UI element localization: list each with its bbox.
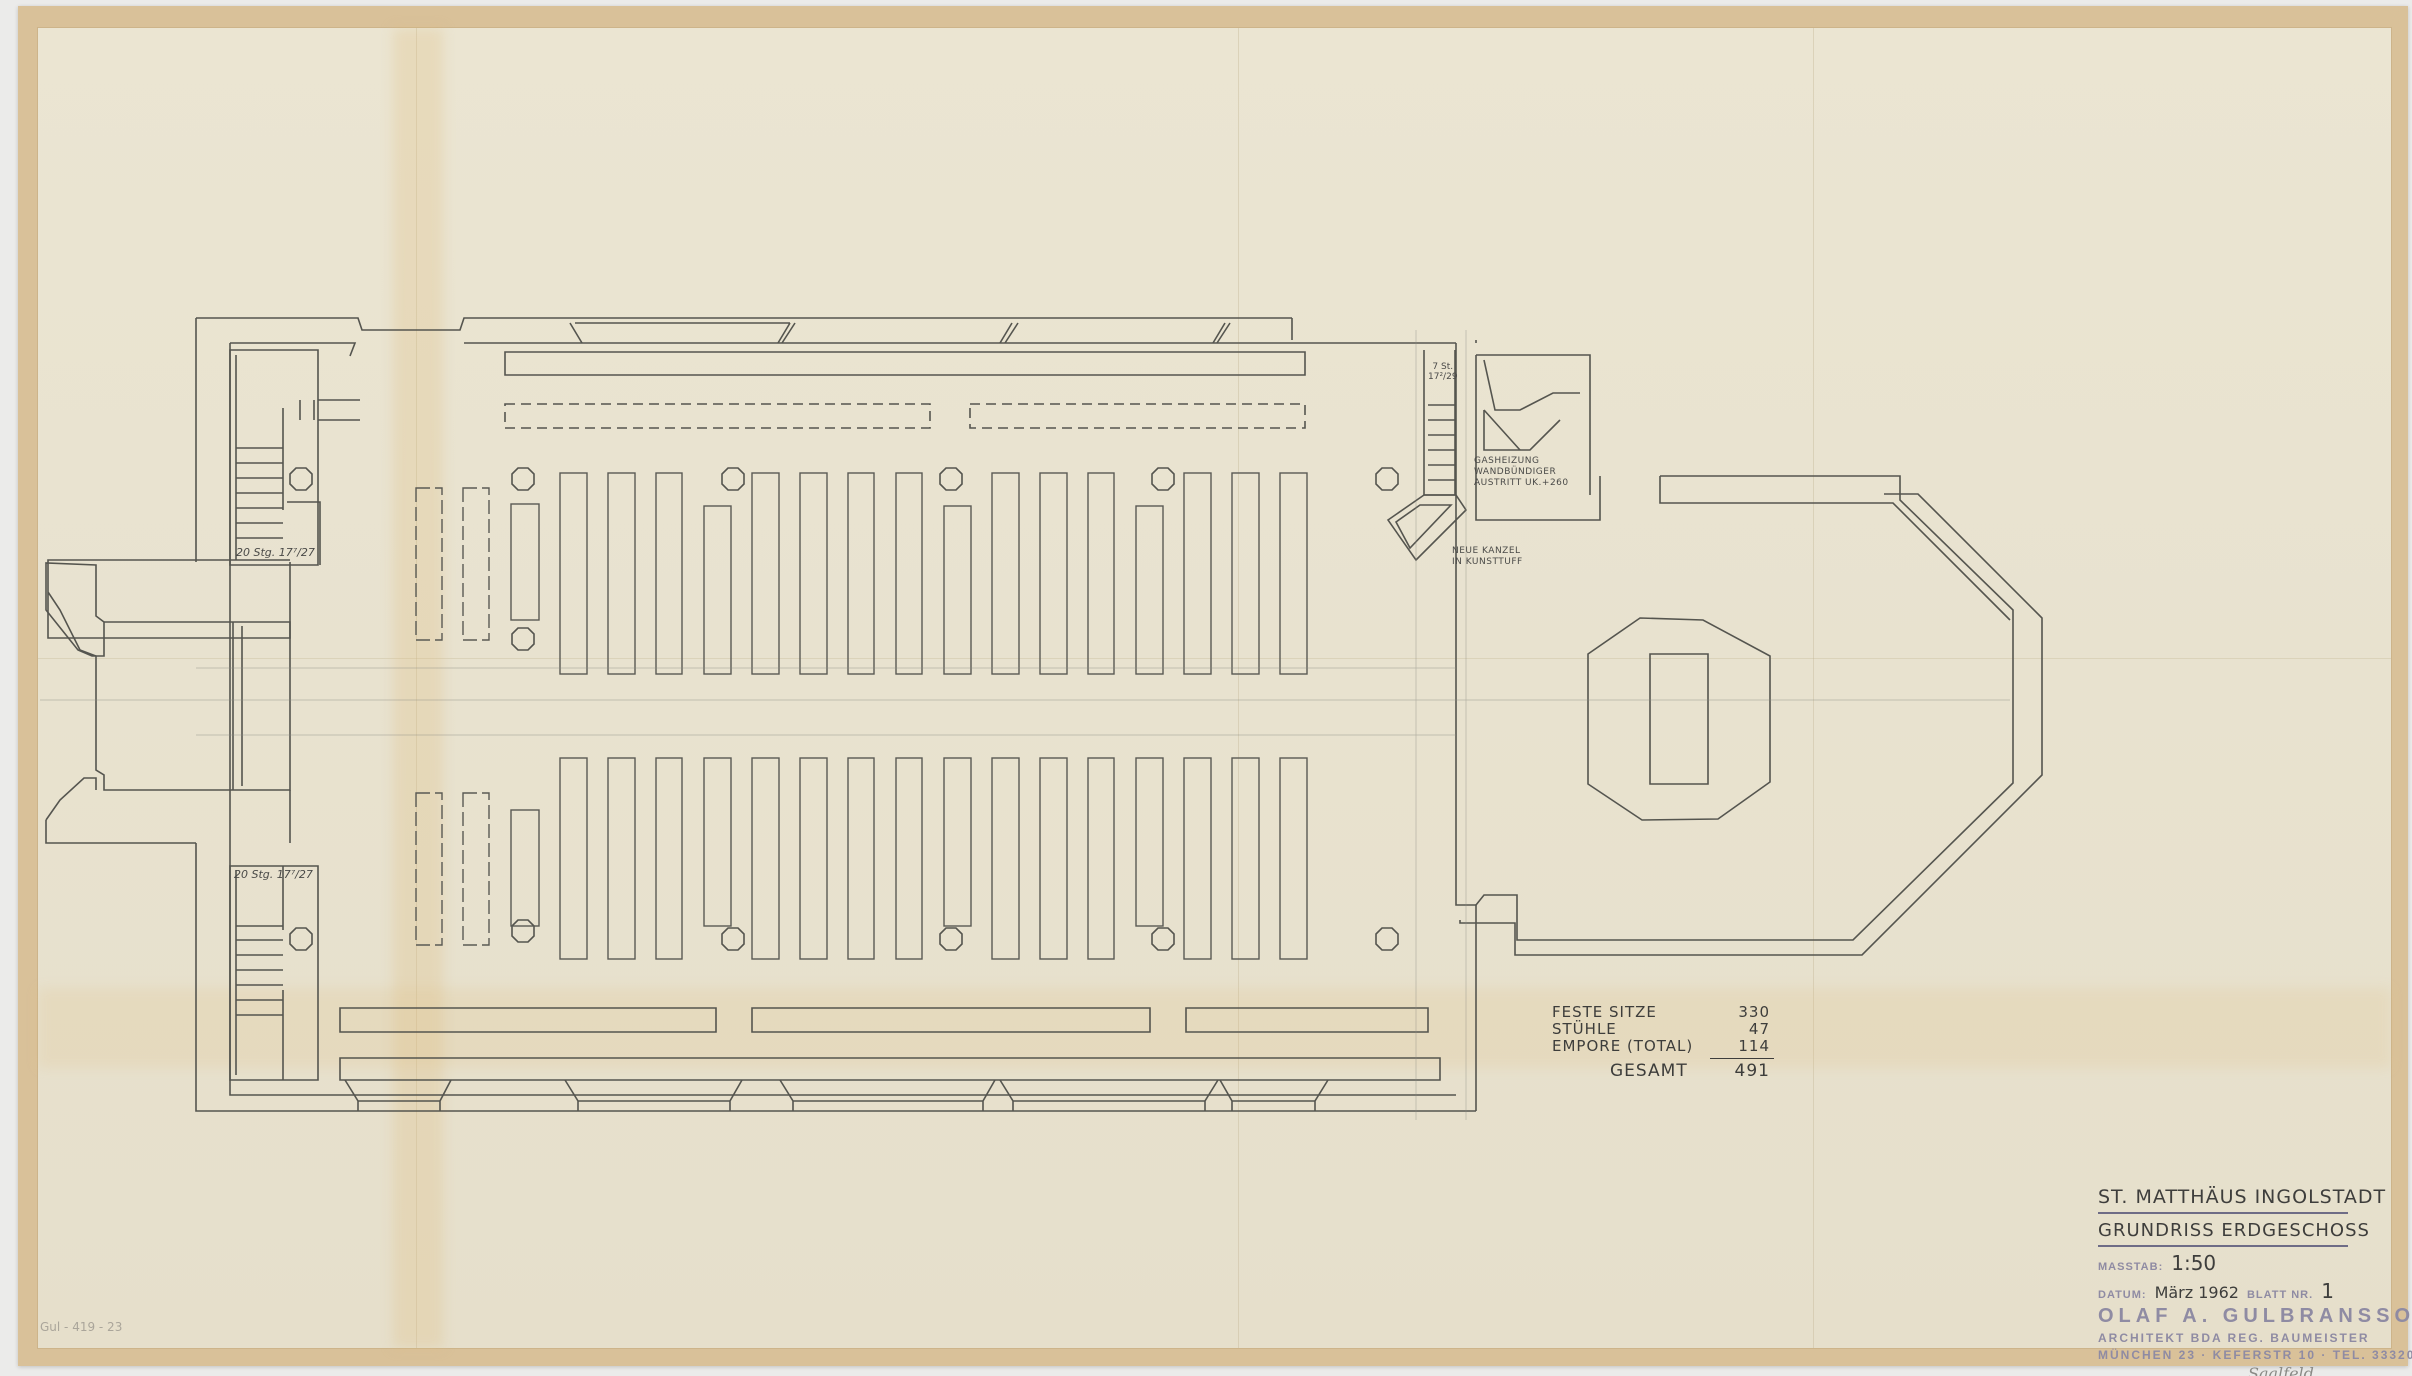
annotation-stair-ne-steps: 7 St.: [1428, 362, 1458, 372]
drawing-title: GRUNDRISS ERDGESCHOSS: [2098, 1214, 2348, 1247]
tally-row-chairs: STÜHLE 47: [1552, 1021, 1770, 1038]
tally-row-gallery: EMPORE (TOTAL) 114: [1552, 1038, 1770, 1055]
tally-label: FESTE SITZE: [1552, 1004, 1657, 1021]
title-block: ST. MATTHÄUS INGOLSTADT GRUNDRISS ERDGES…: [2098, 1186, 2348, 1376]
tally-label: STÜHLE: [1552, 1021, 1617, 1038]
tally-sum-rule: [1710, 1058, 1774, 1059]
annotation-heating: GASHEIZUNG WANDBÜNDIGER AUSTRITT UK.+260: [1474, 456, 1569, 489]
scale-value: 1:50: [2171, 1251, 2216, 1275]
sheet-number-value: 1: [2321, 1279, 2334, 1303]
tally-total-label: GESAMT: [1610, 1061, 1688, 1081]
scale-row: MASSTAB: 1:50: [2098, 1251, 2348, 1275]
annotation-heating-line1: GASHEIZUNG: [1474, 456, 1569, 467]
tally-value: 47: [1749, 1021, 1770, 1038]
architect-title: ARCHITEKT BDA REG. BAUMEISTER: [2098, 1331, 2348, 1345]
annotation-stair-ne: 7 St. 17²/29: [1428, 362, 1458, 382]
date-value: März 1962: [2155, 1283, 2239, 1302]
tally-value: 330: [1738, 1004, 1770, 1021]
annotation-stair-ne-dims: 17²/29: [1428, 372, 1458, 382]
annotation-stair-nw: 20 Stg. 17⁷/27: [236, 546, 315, 559]
date-label: DATUM:: [2098, 1289, 2147, 1301]
annotation-stair-sw: 20 Stg. 17⁷/27: [234, 868, 313, 881]
seating-tally: FESTE SITZE 330 STÜHLE 47 EMPORE (TOTAL)…: [1552, 1004, 1770, 1081]
scale-label: MASSTAB:: [2098, 1261, 2163, 1273]
annotation-heating-line3: AUSTRITT UK.+260: [1474, 478, 1569, 489]
annotation-heating-line2: WANDBÜNDIGER: [1474, 467, 1569, 478]
archive-mark: Gul - 419 - 23: [40, 1320, 122, 1334]
tally-total-value: 491: [1735, 1061, 1770, 1081]
project-title: ST. MATTHÄUS INGOLSTADT: [2098, 1186, 2348, 1214]
annotation-pulpit-line2: IN KUNSTTUFF: [1452, 557, 1523, 568]
tally-value: 114: [1738, 1038, 1770, 1055]
tally-row-fixed-seats: FESTE SITZE 330: [1552, 1004, 1770, 1021]
date-row: DATUM: März 1962 BLATT NR. 1: [2098, 1279, 2348, 1303]
sheet-number-label: BLATT NR.: [2247, 1289, 2313, 1301]
annotation-pulpit: NEUE KANZEL IN KUNSTTUFF: [1452, 546, 1523, 568]
architect-address: MÜNCHEN 23 · KEFERSTR 10 · TEL. 333208: [2098, 1348, 2348, 1362]
tally-row-total: GESAMT 491: [1552, 1061, 1770, 1081]
floor-plan: [0, 0, 2412, 1376]
signature: Saalfeld: [2248, 1364, 2348, 1376]
annotation-pulpit-line1: NEUE KANZEL: [1452, 546, 1523, 557]
tally-label: EMPORE (TOTAL): [1552, 1038, 1693, 1055]
architect-name: OLAF A. GULBRANSSON: [2098, 1305, 2348, 1328]
